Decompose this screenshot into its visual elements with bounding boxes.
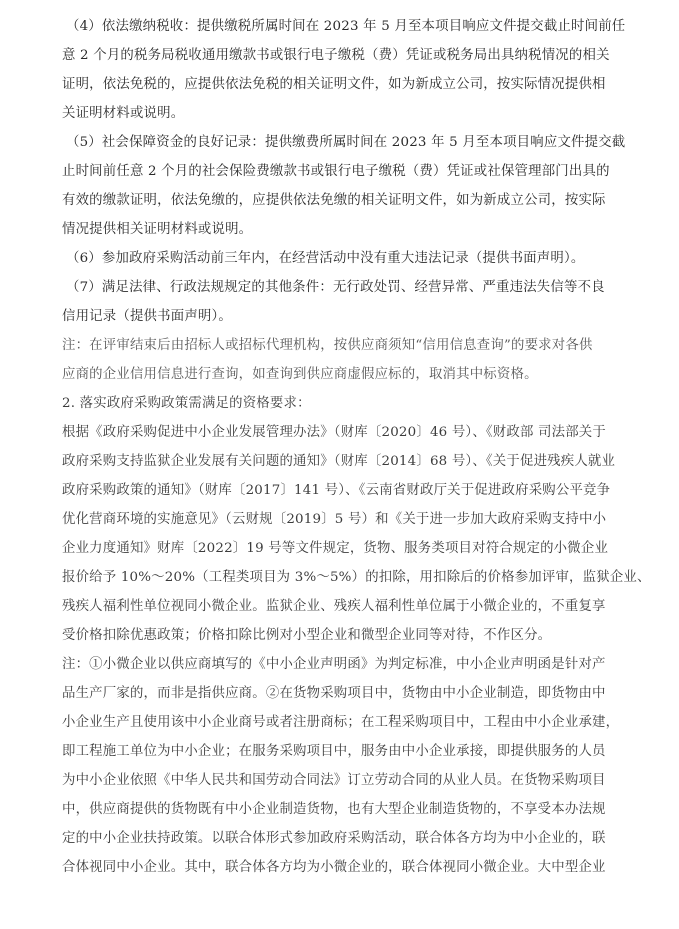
text-line: 小企业生产且使用该中小企业商号或者注册商标；在工程采购项目中，工程由中小企业承建… bbox=[62, 708, 602, 737]
text-line: 政府采购支持监狱企业发展有关问题的通知》（财库〔2014〕68 号）、《关于促进… bbox=[62, 447, 602, 476]
text-line: 政府采购政策的通知》（财库〔2017〕141 号）、《云南省财政厅关于促进政府采… bbox=[62, 476, 602, 505]
text-line: 有效的缴款证明，依法免缴的，应提供依法免缴的相关证明文件，如为新成立公司，按实际 bbox=[62, 186, 602, 215]
text-line: 应商的企业信用信息进行查询，如查询到供应商虚假应标的，取消其中标资格。 bbox=[62, 360, 602, 389]
text-line: 受价格扣除优惠政策；价格扣除比例对小型企业和微型企业同等对待，不作区分。 bbox=[62, 621, 602, 650]
paragraph-other-conditions: （7）满足法律、行政法规规定的其他条件：无行政处罚、经营异常、严重违法失信等不良… bbox=[62, 273, 602, 331]
text-line: 即工程施工单位为中小企业；在服务采购项目中，服务由中小企业承接，即提供服务的人员 bbox=[62, 737, 602, 766]
text-line: （4）依法缴纳税收：提供缴税所属时间在 2023 年 5 月至本项目响应文件提交… bbox=[62, 12, 602, 41]
paragraph-policy-basis: 根据《政府采购促进中小企业发展管理办法》（财库〔2020〕46 号）、《财政部 … bbox=[62, 418, 602, 650]
paragraph-sme-note: 注：①小微企业以供应商填写的《中小企业声明函》为判定标准，中小企业声明函是针对产… bbox=[62, 650, 602, 882]
document-page: （4）依法缴纳税收：提供缴税所属时间在 2023 年 5 月至本项目响应文件提交… bbox=[62, 12, 602, 882]
section-heading-policy: 2. 落实政府采购政策需满足的资格要求： bbox=[62, 389, 602, 418]
paragraph-tax-payment: （4）依法缴纳税收：提供缴税所属时间在 2023 年 5 月至本项目响应文件提交… bbox=[62, 12, 602, 128]
text-line: 注：在评审结束后由招标人或招标代理机构，按供应商须知“信用信息查询”的要求对各供 bbox=[62, 331, 602, 360]
text-line: 情况提供相关证明材料或说明。 bbox=[62, 215, 602, 244]
text-line: 止时间前任意 2 个月的社会保险费缴款书或银行电子缴税（费）凭证或社保管理部门出… bbox=[62, 157, 602, 186]
text-line: 为中小企业依照《中华人民共和国劳动合同法》订立劳动合同的从业人员。在货物采购项目 bbox=[62, 766, 602, 795]
text-line: 信用记录（提供书面声明）。 bbox=[62, 302, 602, 331]
paragraph-social-security: （5）社会保障资金的良好记录：提供缴费所属时间在 2023 年 5 月至本项目响… bbox=[62, 128, 602, 244]
text-line: （5）社会保障资金的良好记录：提供缴费所属时间在 2023 年 5 月至本项目响… bbox=[62, 128, 602, 157]
paragraph-no-violation: （6）参加政府采购活动前三年内，在经营活动中没有重大违法记录（提供书面声明）。 bbox=[62, 244, 602, 273]
text-line: 中，供应商提供的货物既有中小企业制造货物，也有大型企业制造货物的，不享受本办法规 bbox=[62, 795, 602, 824]
text-line: 残疾人福利性单位视同小微企业。监狱企业、残疾人福利性单位属于小微企业的，不重复享 bbox=[62, 592, 602, 621]
text-line: 报价给予 10%～20%（工程类项目为 3%～5%）的扣除，用扣除后的价格参加评… bbox=[62, 563, 602, 592]
text-line: 合体视同中小企业。其中，联合体各方均为小微企业的，联合体视同小微企业。大中型企业 bbox=[62, 853, 602, 882]
text-line: 品生产厂家的，而非是指供应商。②在货物采购项目中，货物由中小企业制造，即货物由中 bbox=[62, 679, 602, 708]
text-line: 根据《政府采购促进中小企业发展管理办法》（财库〔2020〕46 号）、《财政部 … bbox=[62, 418, 602, 447]
text-line: 企业力度通知》财库〔2022〕19 号等文件规定，货物、服务类项目对符合规定的小… bbox=[62, 534, 602, 563]
text-line: 定的中小企业扶持政策。以联合体形式参加政府采购活动，联合体各方均为中小企业的，联 bbox=[62, 824, 602, 853]
text-line: 证明，依法免税的，应提供依法免税的相关证明文件，如为新成立公司，按实际情况提供相 bbox=[62, 70, 602, 99]
text-line: 优化营商环境的实施意见》（云财规〔2019〕5 号）和《关于进一步加大政府采购支… bbox=[62, 505, 602, 534]
text-line: 关证明材料或说明。 bbox=[62, 99, 602, 128]
text-line: （6）参加政府采购活动前三年内，在经营活动中没有重大违法记录（提供书面声明）。 bbox=[62, 244, 602, 273]
text-line: 注：①小微企业以供应商填写的《中小企业声明函》为判定标准，中小企业声明函是针对产 bbox=[62, 650, 602, 679]
text-line: （7）满足法律、行政法规规定的其他条件：无行政处罚、经营异常、严重违法失信等不良 bbox=[62, 273, 602, 302]
text-line: 意 2 个月的税务局税收通用缴款书或银行电子缴税（费）凭证或税务局出具纳税情况的… bbox=[62, 41, 602, 70]
paragraph-credit-note: 注：在评审结束后由招标人或招标代理机构，按供应商须知“信用信息查询”的要求对各供… bbox=[62, 331, 602, 389]
text-line: 2. 落实政府采购政策需满足的资格要求： bbox=[62, 389, 602, 418]
